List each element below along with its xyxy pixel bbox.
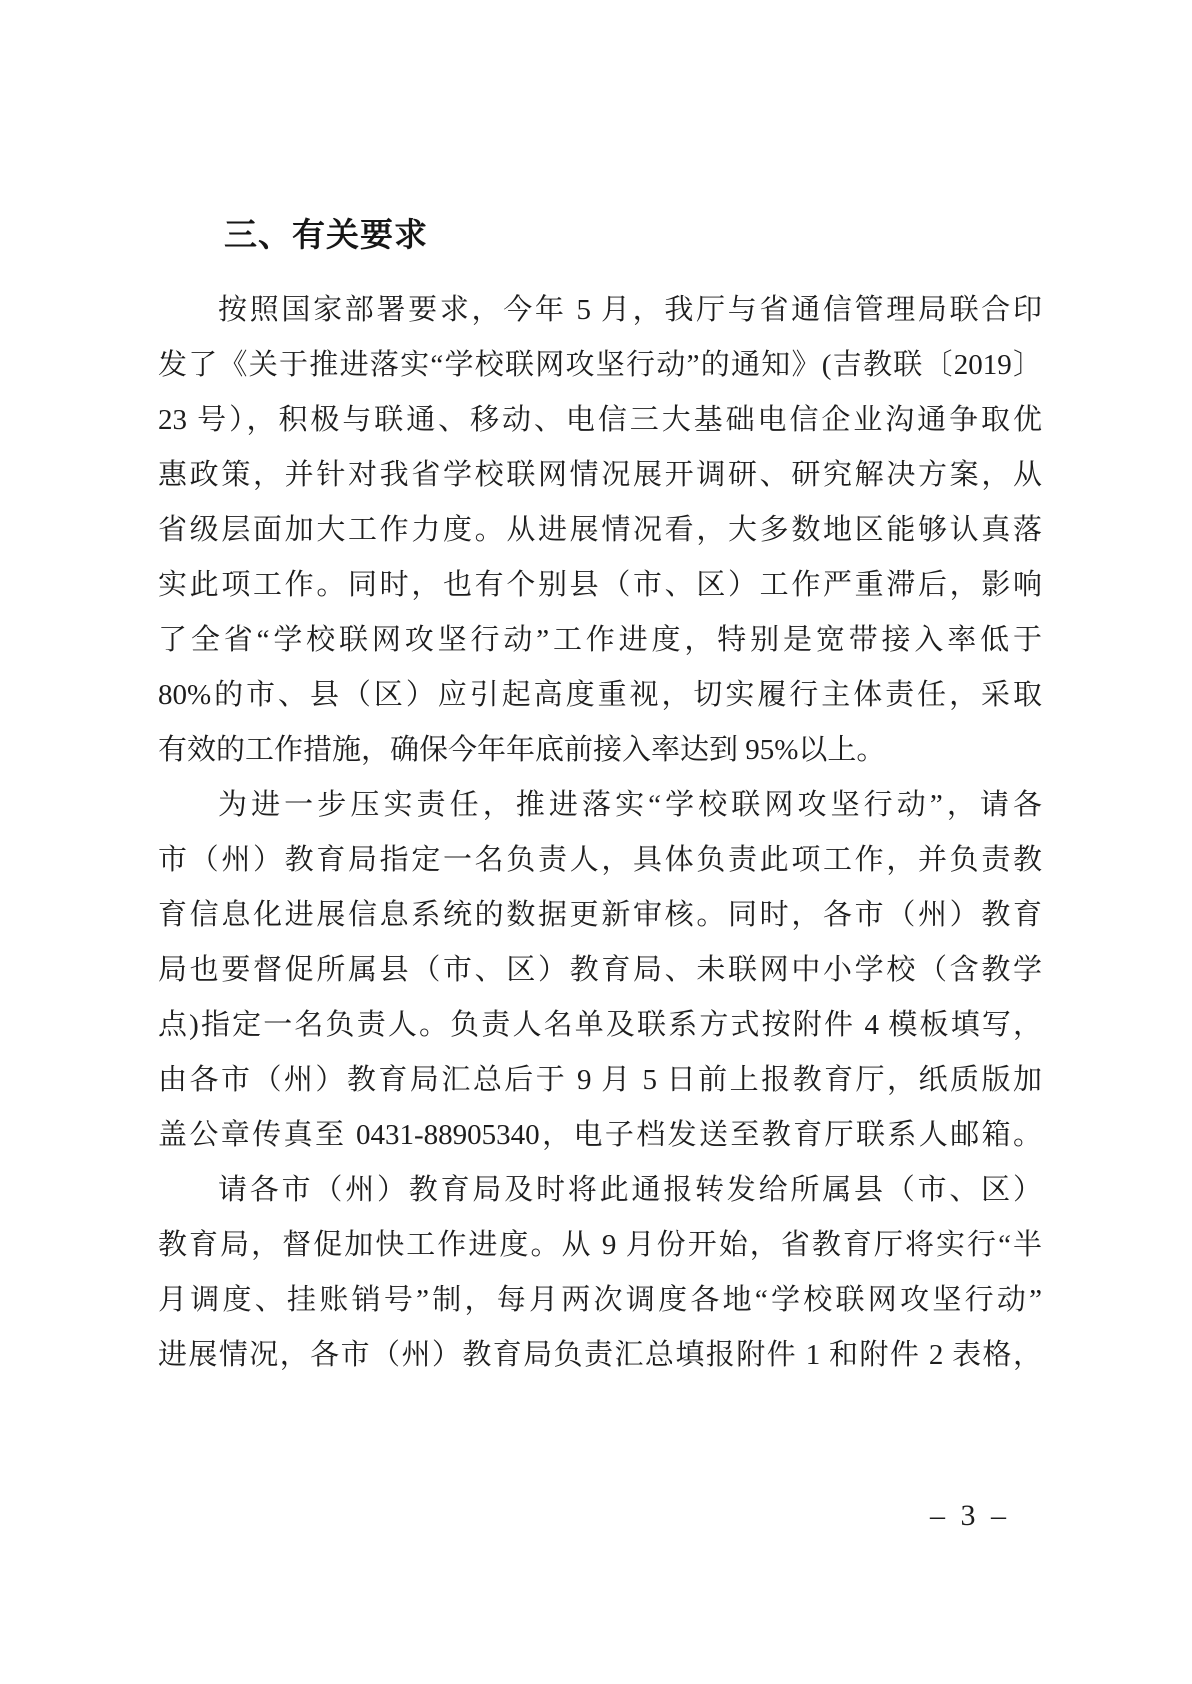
section-heading: 三、有关要求 (224, 212, 428, 258)
body-line: 实此项工作。同时，也有个别县（市、区）工作严重滞后，影响 (158, 558, 1042, 613)
body-line: 省级层面加大工作力度。从进展情况看，大多数地区能够认真落 (158, 503, 1042, 558)
body-line: 请各市（州）教育局及时将此通报转发给所属县（市、区） (158, 1163, 1042, 1218)
body-line: 有效的工作措施，确保今年年底前接入率达到 95%以上。 (158, 723, 1042, 778)
body-line: 盖公章传真至 0431-88905340，电子档发送至教育厅联系人邮箱。 (158, 1108, 1042, 1163)
document-page: 三、有关要求 按照国家部署要求，今年 5 月，我厅与省通信管理局联合印 发了《关… (0, 0, 1192, 1684)
body-line: 进展情况，各市（州）教育局负责汇总填报附件 1 和附件 2 表格， (158, 1328, 1042, 1383)
document-body: 按照国家部署要求，今年 5 月，我厅与省通信管理局联合印 发了《关于推进落实“学… (158, 283, 1042, 1383)
body-line: 按照国家部署要求，今年 5 月，我厅与省通信管理局联合印 (158, 283, 1042, 338)
body-line: 惠政策，并针对我省学校联网情况展开调研、研究解决方案，从 (158, 448, 1042, 503)
body-line: 了全省“学校联网攻坚行动”工作进度，特别是宽带接入率低于 (158, 613, 1042, 668)
body-line: 23 号），积极与联通、移动、电信三大基础电信企业沟通争取优 (158, 393, 1042, 448)
body-line: 育信息化进展信息系统的数据更新审核。同时，各市（州）教育 (158, 888, 1042, 943)
body-line: 由各市（州）教育局汇总后于 9 月 5 日前上报教育厅，纸质版加 (158, 1053, 1042, 1108)
body-line: 点)指定一名负责人。负责人名单及联系方式按附件 4 模板填写， (158, 998, 1042, 1053)
body-line: 局也要督促所属县（市、区）教育局、未联网中小学校（含教学 (158, 943, 1042, 998)
body-line: 市（州）教育局指定一名负责人，具体负责此项工作，并负责教 (158, 833, 1042, 888)
body-line: 教育局，督促加快工作进度。从 9 月份开始，省教育厅将实行“半 (158, 1218, 1042, 1273)
body-line: 80%的市、县（区）应引起高度重视，切实履行主体责任，采取 (158, 668, 1042, 723)
body-line: 发了《关于推进落实“学校联网攻坚行动”的通知》(吉教联〔2019〕 (158, 338, 1042, 393)
body-line: 月调度、挂账销号”制，每月两次调度各地“学校联网攻坚行动” (158, 1273, 1042, 1328)
page-number: – 3 – (930, 1496, 1010, 1536)
body-line: 为进一步压实责任，推进落实“学校联网攻坚行动”，请各 (158, 778, 1042, 833)
